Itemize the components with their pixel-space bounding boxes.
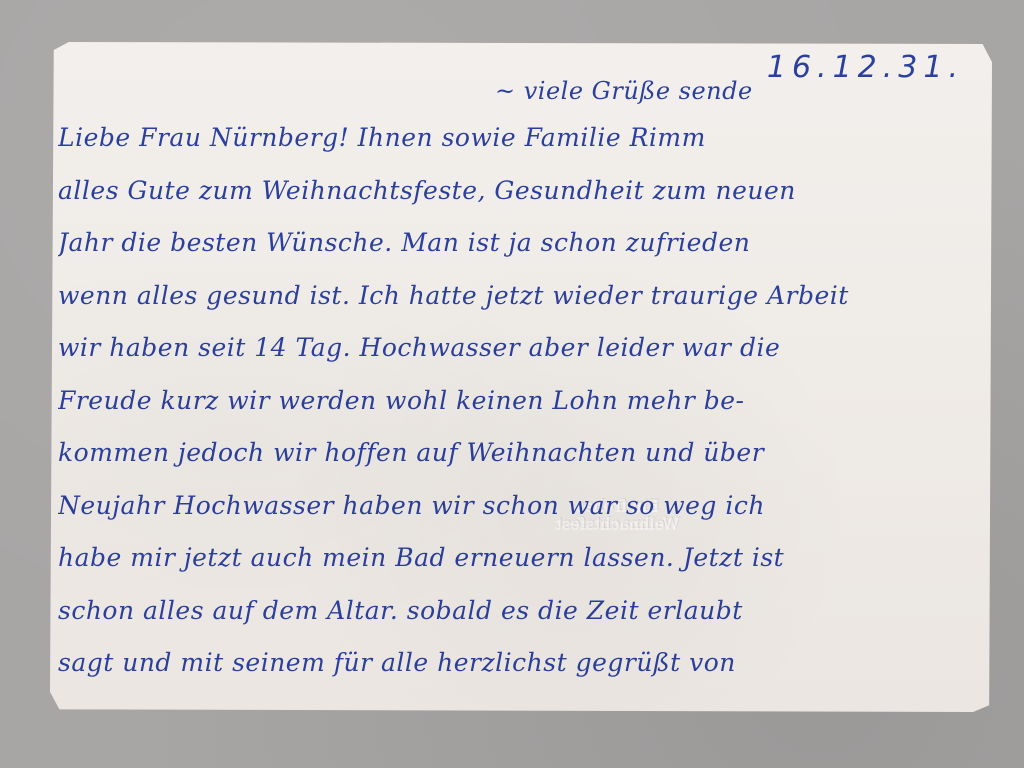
handwritten-line: Freude kurz wir werden wohl keinen Lohn … <box>58 375 978 428</box>
handwritten-line: kommen jedoch wir hoffen auf Weihnachten… <box>58 427 978 480</box>
handwritten-line: Jahr die besten Wünsche. Man ist ja scho… <box>58 217 978 270</box>
handwritten-body: Liebe Frau Nürnberg! Ihnen sowie Familie… <box>58 112 978 690</box>
header-note: ~ viele Grüße sende <box>495 77 753 105</box>
handwritten-line: wir haben seit 14 Tag. Hochwasser aber l… <box>58 322 978 375</box>
handwritten-line: alles Gute zum Weihnachtsfeste, Gesundhe… <box>58 165 978 218</box>
handwritten-line: habe mir jetzt auch mein Bad erneuern la… <box>58 532 978 585</box>
handwritten-line: Liebe Frau Nürnberg! Ihnen sowie Familie… <box>58 112 978 165</box>
handwritten-line: Neujahr Hochwasser haben wir schon war s… <box>58 480 978 533</box>
handwritten-line: schon alles auf dem Altar. sobald es die… <box>58 585 978 638</box>
postcard-date: 16.12.31. <box>767 50 964 85</box>
postcard: 16.12.31. ~ viele Grüße sende Ein frohes… <box>50 42 992 712</box>
handwritten-line: wenn alles gesund ist. Ich hatte jetzt w… <box>58 270 978 323</box>
handwritten-line: sagt und mit seinem für alle herzlichst … <box>58 637 978 690</box>
